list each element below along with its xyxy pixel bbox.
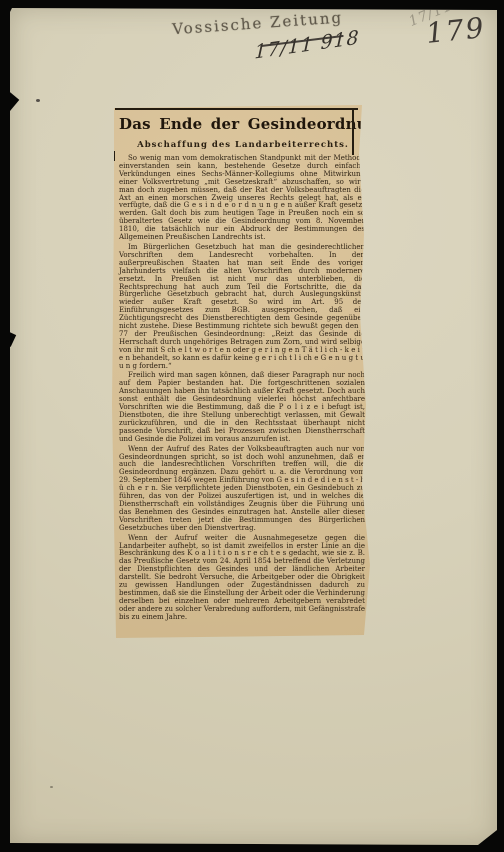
paper-speck <box>50 786 53 788</box>
paper-edge-notch <box>0 330 16 347</box>
handwritten-page-number: 179 <box>424 11 487 50</box>
paper-edge-notch <box>0 92 19 112</box>
clipping-column-rule <box>352 109 354 155</box>
scan-background: Vossische Zeitung 17/11 918 17/11 179 Da… <box>0 0 504 852</box>
article-body: So wenig man vom demokratischen Standpun… <box>119 155 365 622</box>
paper-speck <box>36 99 40 102</box>
archive-sheet: Vossische Zeitung 17/11 918 17/11 179 Da… <box>10 8 497 845</box>
article-paragraph-2: Im Bürgerlichen Gesetzbuch hat man die g… <box>119 244 365 371</box>
clipping-left-mark <box>113 151 115 161</box>
article-paragraph-1: So wenig man vom demokratischen Standpun… <box>119 155 365 242</box>
clipping-top-rule <box>115 108 358 110</box>
article-subheadline: Abschaffung des Landarbeiterrechts. <box>112 140 374 150</box>
newspaper-clipping: Das Ende der Gesindeordnung. Abschaffung… <box>112 105 374 638</box>
article-headline: Das Ende der Gesindeordnung. <box>119 115 370 133</box>
handwritten-date: 17/11 918 <box>254 26 360 63</box>
article-paragraph-4: Wenn der Aufruf des Rates der Volksbeauf… <box>119 446 365 533</box>
article-paragraph-3: Freilich wird man sagen können, daß dies… <box>119 372 365 443</box>
article-paragraph-5: Wenn der Aufruf weiter die Ausnahmegeset… <box>119 535 365 622</box>
